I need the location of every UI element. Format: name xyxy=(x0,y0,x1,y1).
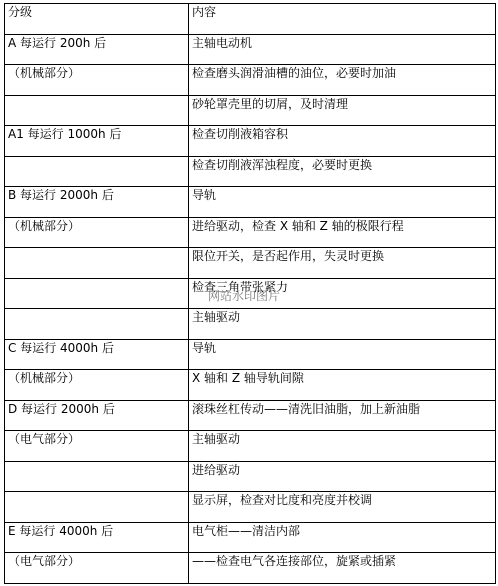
table-row: （机械部分）进给驱动，检查 X 轴和 Z 轴的极限行程 xyxy=(5,217,496,248)
table-row: D 每运行 2000h 后滚珠丝杠传动——清洗旧油脂，加上新油脂 xyxy=(5,400,496,431)
content-cell: 主轴电动机 xyxy=(189,34,496,65)
table-header-row: 分级 内容 xyxy=(5,4,496,35)
table-row: C 每运行 4000h 后导轨 xyxy=(5,339,496,370)
content-cell: 砂轮罩壳里的切屑，及时清理 xyxy=(189,95,496,126)
content-cell: X 轴和 Z 轴导轨间隙 xyxy=(189,370,496,401)
content-cell: 导轨 xyxy=(189,187,496,218)
content-cell: 主轴驱动 xyxy=(189,309,496,340)
content-cell: 检查切削液浑浊程度，必要时更换 xyxy=(189,156,496,187)
table-row: （电气部分）主轴驱动 xyxy=(5,431,496,462)
content-cell: ——检查电气各连接部位，旋紧或插紧 xyxy=(189,553,496,584)
level-cell xyxy=(5,156,189,187)
content-cell: 电气柜——清洁内部 xyxy=(189,522,496,553)
table-row: 主轴驱动 xyxy=(5,309,496,340)
content-cell: 检查三角带张紧力 xyxy=(189,278,496,309)
content-cell: 限位开关，是否起作用，失灵时更换 xyxy=(189,248,496,279)
table-row: （电气部分）——检查电气各连接部位，旋紧或插紧 xyxy=(5,553,496,584)
level-cell: C 每运行 4000h 后 xyxy=(5,339,189,370)
content-cell: 进给驱动 xyxy=(189,461,496,492)
level-cell: （机械部分） xyxy=(5,370,189,401)
level-cell: D 每运行 2000h 后 xyxy=(5,400,189,431)
table-row: 检查切削液浑浊程度，必要时更换 xyxy=(5,156,496,187)
table-row: （机械部分）X 轴和 Z 轴导轨间隙 xyxy=(5,370,496,401)
level-cell: （电气部分） xyxy=(5,553,189,584)
content-cell: 检查磨头润滑油槽的油位，必要时加油 xyxy=(189,65,496,96)
table-row: E 每运行 4000h 后电气柜——清洁内部 xyxy=(5,522,496,553)
maintenance-schedule-table: 分级 内容 A 每运行 200h 后主轴电动机 （机械部分）检查磨头润滑油槽的油… xyxy=(4,3,496,584)
table-row: A 每运行 200h 后主轴电动机 xyxy=(5,34,496,65)
table-row: 限位开关，是否起作用，失灵时更换 xyxy=(5,248,496,279)
level-cell: A 每运行 200h 后 xyxy=(5,34,189,65)
header-content: 内容 xyxy=(189,4,496,35)
level-cell: B 每运行 2000h 后 xyxy=(5,187,189,218)
level-cell: （机械部分） xyxy=(5,217,189,248)
level-cell: A1 每运行 1000h 后 xyxy=(5,126,189,157)
content-cell: 导轨 xyxy=(189,339,496,370)
table-row: 砂轮罩壳里的切屑，及时清理 xyxy=(5,95,496,126)
table-row: （机械部分）检查磨头润滑油槽的油位，必要时加油 xyxy=(5,65,496,96)
content-cell: 滚珠丝杠传动——清洗旧油脂，加上新油脂 xyxy=(189,400,496,431)
header-level: 分级 xyxy=(5,4,189,35)
level-cell xyxy=(5,492,189,523)
table-row: 进给驱动 xyxy=(5,461,496,492)
level-cell: E 每运行 4000h 后 xyxy=(5,522,189,553)
table-row: 显示屏，检查对比度和亮度并校调 xyxy=(5,492,496,523)
table-row: 检查三角带张紧力 xyxy=(5,278,496,309)
content-cell: 进给驱动，检查 X 轴和 Z 轴的极限行程 xyxy=(189,217,496,248)
content-cell: 主轴驱动 xyxy=(189,431,496,462)
level-cell xyxy=(5,309,189,340)
level-cell xyxy=(5,248,189,279)
level-cell xyxy=(5,278,189,309)
level-cell: （电气部分） xyxy=(5,431,189,462)
table-row: B 每运行 2000h 后导轨 xyxy=(5,187,496,218)
table-row: A1 每运行 1000h 后检查切削液箱容积 xyxy=(5,126,496,157)
content-cell: 显示屏，检查对比度和亮度并校调 xyxy=(189,492,496,523)
level-cell: （机械部分） xyxy=(5,65,189,96)
level-cell xyxy=(5,95,189,126)
content-cell: 检查切削液箱容积 xyxy=(189,126,496,157)
level-cell xyxy=(5,461,189,492)
